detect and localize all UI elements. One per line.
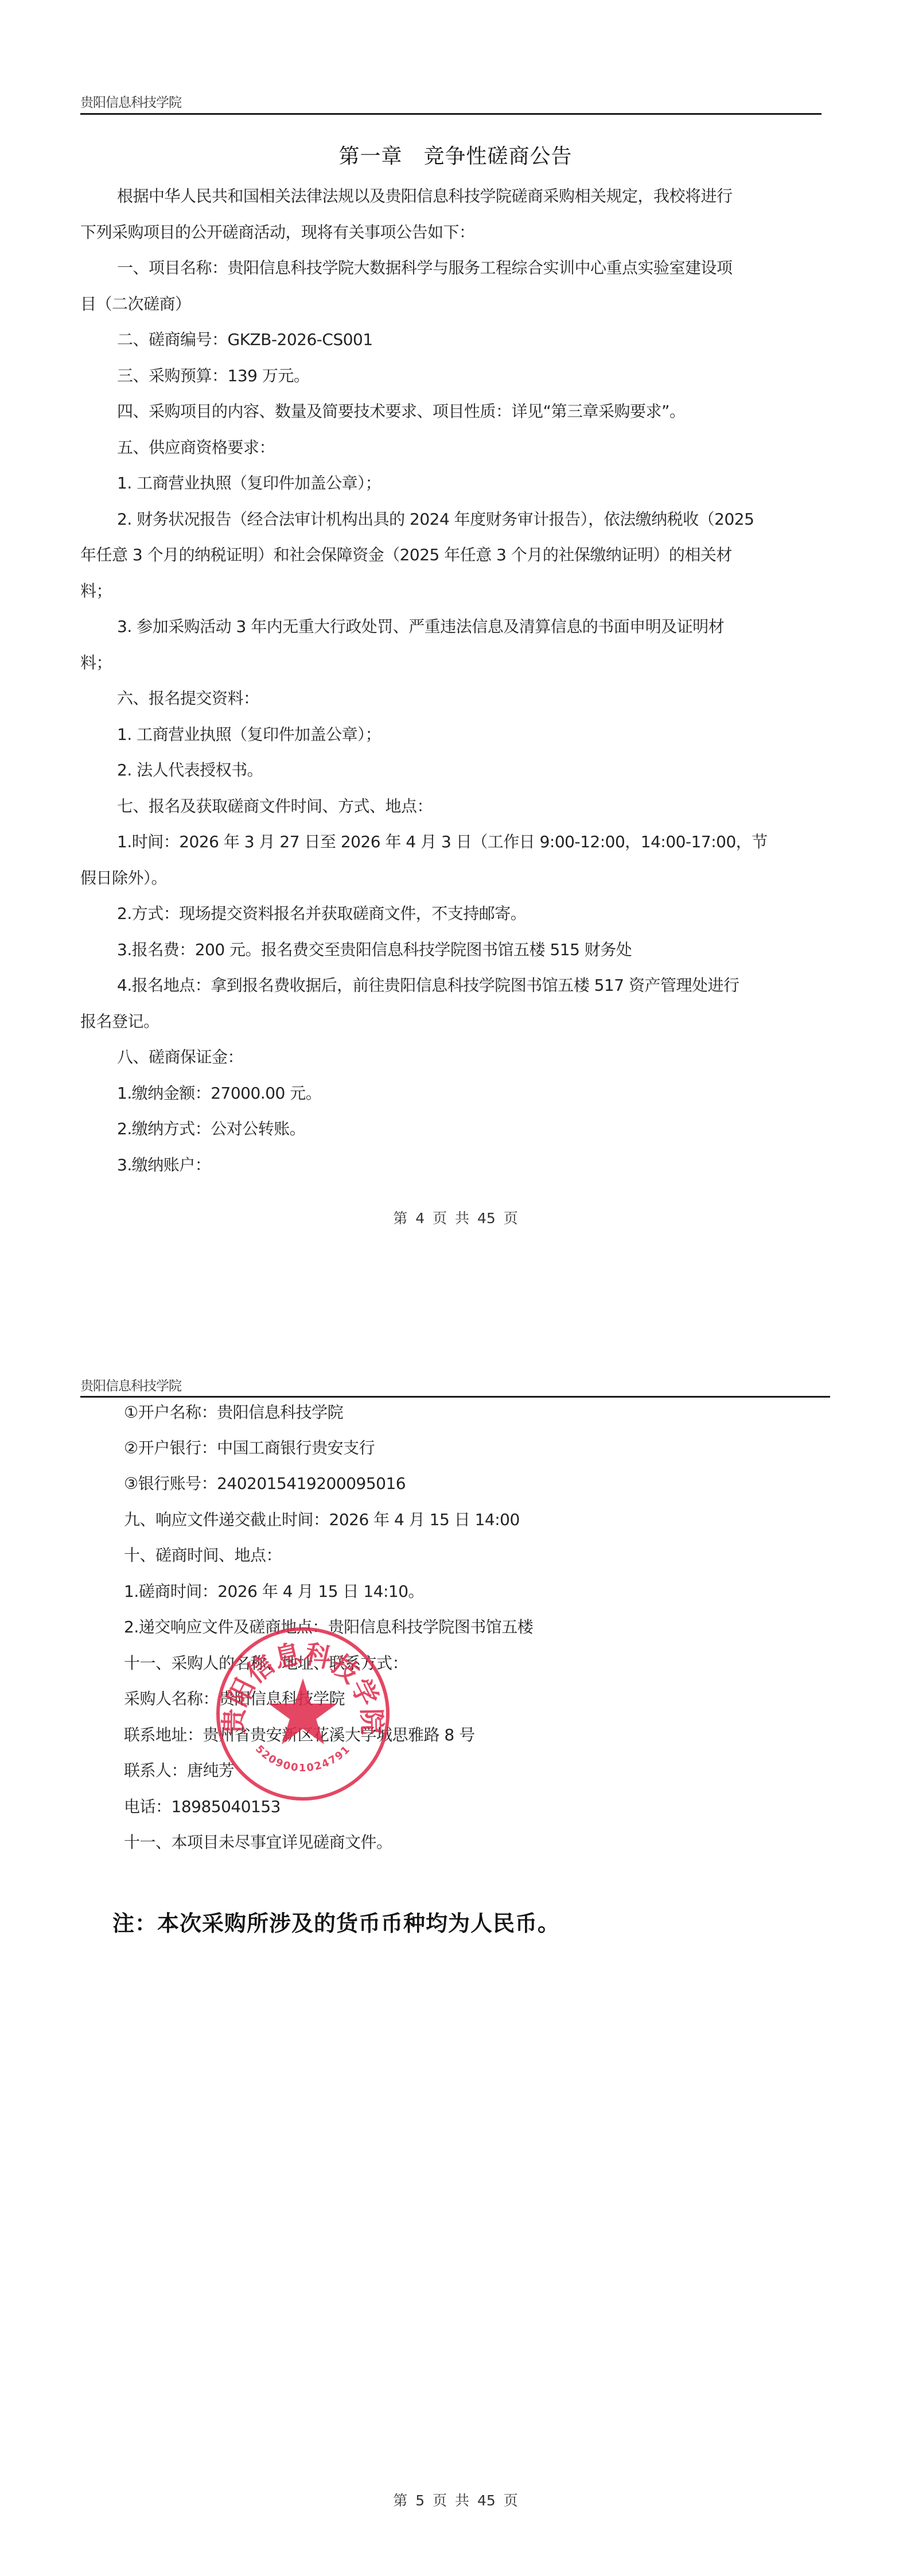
project-name-line-1: 一、项目名称：贵阳信息科技学院大数据科学与服务工程综合实训中心重点实验室建设项 xyxy=(117,258,733,278)
consultation-time: 1.磋商时间：2026 年 4 月 15 日 14:10。 xyxy=(124,1582,424,1601)
consultation-time-place-heading: 十、磋商时间、地点： xyxy=(124,1546,282,1565)
requirement-1: 1. 工商营业执照（复印件加盖公章）； xyxy=(117,474,381,493)
registration-time-line-1: 1.时间：2026 年 3 月 27 日至 2026 年 4 月 3 日（工作日… xyxy=(117,832,768,852)
submission-deadline: 九、响应文件递交截止时间：2026 年 4 月 15 日 14:00 xyxy=(124,1510,520,1530)
requirement-2-line-1: 2. 财务状况报告（经合法审计机构出具的 2024 年度财务审计报告），依法缴纳… xyxy=(117,510,754,529)
requirement-2-line-2: 年任意 3 个月的纳税证明）和社会保障资金（2025 年任意 3 个月的社保缴纳… xyxy=(80,545,732,565)
intro-line-1: 根据中华人民共和国相关法律法规以及贵阳信息科技学院磋商采购相关规定，我校将进行 xyxy=(117,187,733,206)
registration-materials-heading: 六、报名提交资料： xyxy=(117,689,259,708)
supplier-requirements-heading: 五、供应商资格要求： xyxy=(117,438,275,457)
registration-location-line-1: 4.报名地点：拿到报名费收据后，前往贵阳信息科技学院图书馆五楼 517 资产管理… xyxy=(117,976,739,995)
requirement-3-line-1: 3. 参加采购活动 3 年内无重大行政处罚、严重违法信息及清算信息的书面申明及证… xyxy=(117,617,724,637)
consultation-number: 二、磋商编号：GKZB-2026-CS001 xyxy=(117,330,373,350)
account-bank: ②开户银行：中国工商银行贵安支行 xyxy=(124,1438,375,1458)
page-header-institution: 贵阳信息科技学院 xyxy=(80,1375,181,1394)
account-name: ①开户名称：贵阳信息科技学院 xyxy=(124,1403,343,1422)
registration-location-line-2: 报名登记。 xyxy=(80,1012,159,1031)
requirement-2-line-3: 料； xyxy=(80,581,112,601)
account-number: ③银行账号：2402015419200095016 xyxy=(124,1474,406,1493)
intro-line-2: 下列采购项目的公开磋商活动，现将有关事项公告如下： xyxy=(80,223,475,242)
svg-text:5209001024791: 5209001024791 xyxy=(253,1743,353,1774)
currency-note: 注：本次采购所涉及的货币币种均为人民币。 xyxy=(112,1906,560,1937)
document-page-4: 贵阳信息科技学院 第一章 竞争性磋商公告 根据中华人民共和国相关法律法规以及贵阳… xyxy=(0,0,911,1288)
header-rule xyxy=(80,113,822,115)
remaining-matters: 十一、本项目未尽事宜详见磋商文件。 xyxy=(124,1833,392,1852)
registration-method: 2.方式：现场提交资料报名并获取磋商文件，不支持邮寄。 xyxy=(117,904,526,924)
header-rule xyxy=(80,1396,830,1398)
registration-heading: 七、报名及获取磋商文件时间、方式、地点： xyxy=(117,797,433,816)
deposit-account-heading: 3.缴纳账户： xyxy=(117,1155,211,1175)
registration-material-2: 2. 法人代表授权书。 xyxy=(117,761,263,780)
registration-fee: 3.报名费：200 元。报名费交至贵阳信息科技学院图书馆五楼 515 财务处 xyxy=(117,940,632,960)
requirement-3-line-2: 料； xyxy=(80,653,112,673)
project-name-line-2: 目（二次磋商） xyxy=(80,294,191,314)
registration-material-1: 1. 工商营业执照（复印件加盖公章）； xyxy=(117,725,381,744)
document-page-5: 贵阳信息科技学院 ①开户名称：贵阳信息科技学院 ②开户银行：中国工商银行贵安支行… xyxy=(0,1288,911,2576)
seal-star-icon: 贵阳信息科技学院 5209001024791 xyxy=(215,1625,391,1802)
procurement-content: 四、采购项目的内容、数量及简要技术要求、项目性质：详见“第三章采购要求”。 xyxy=(117,402,686,421)
deposit-amount: 1.缴纳金额：27000.00 元。 xyxy=(117,1084,321,1103)
page-number-footer: 第 5 页 共 45 页 xyxy=(0,2489,911,2510)
procurement-budget: 三、采购预算：139 万元。 xyxy=(117,366,309,386)
deposit-heading: 八、磋商保证金： xyxy=(117,1048,243,1067)
chapter-title: 第一章 竞争性磋商公告 xyxy=(0,140,911,169)
deposit-method: 2.缴纳方式：公对公转账。 xyxy=(117,1119,305,1139)
page-header-institution: 贵阳信息科技学院 xyxy=(80,92,181,111)
page-number-footer: 第 4 页 共 45 页 xyxy=(0,1207,911,1228)
official-seal-stamp: 贵阳信息科技学院 5209001024791 xyxy=(215,1625,391,1802)
registration-time-line-2: 假日除外）。 xyxy=(80,868,167,888)
